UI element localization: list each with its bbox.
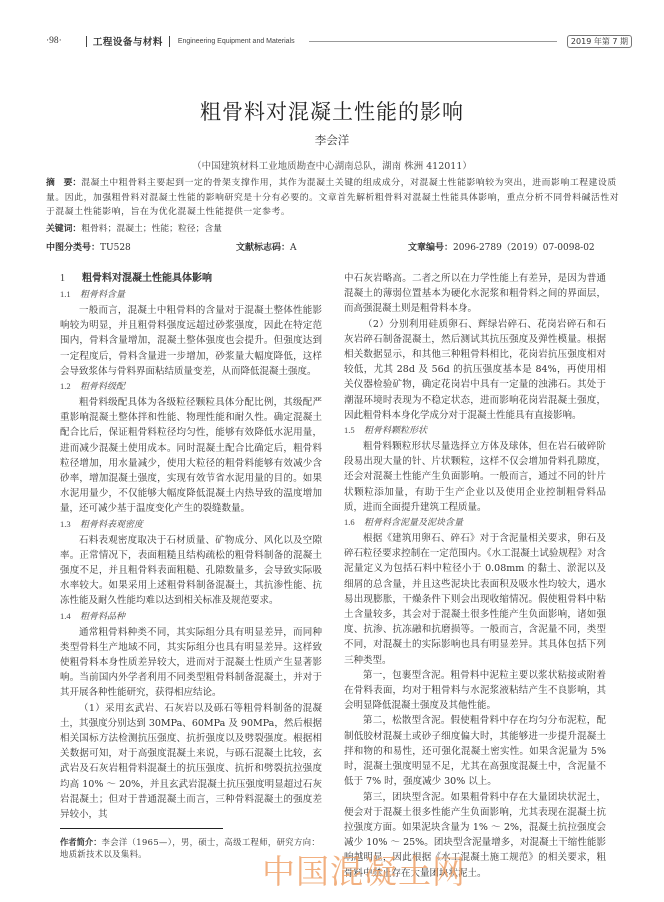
article-title: 粗骨料对混凝土性能的影响 xyxy=(0,96,664,126)
right-column: 中石灰岩略高。二者之所以在力学性能上有差异，是因为普通混凝土的薄弱位置基本为硬化… xyxy=(344,271,606,881)
subsection-heading-1-2: 1.2粗骨料级配 xyxy=(60,379,322,395)
left-column: 1粗骨料对混凝土性能具体影响 1.1粗骨料含量 一般而言，混凝土中粗骨料的含量对… xyxy=(60,271,322,822)
abstract: 摘 要：混凝土中粗骨料主要起到一定的骨架支撑作用，其作为混凝土关键的组成成分，对… xyxy=(46,176,622,220)
journal-name-en: Engineering Equipment and Materials xyxy=(178,38,295,45)
paragraph: 粗骨料颗粒形状尽量选择立方体及球体，但在岩石破碎阶段易出现大量的针、片状颗粒，这… xyxy=(344,439,606,515)
keywords-text: 粗骨料；混凝土；性能；粒径；含量 xyxy=(81,224,222,234)
running-header: ·98· 工程设备与材料 Engineering Equipment and M… xyxy=(46,34,644,48)
author-affiliation: （中国建筑材料工业地质勘查中心湖南总队，湖南 株洲 412011） xyxy=(0,158,664,172)
paragraph: （2）分别利用硅质卵石、辉绿岩碎石、花岗岩碎石和石灰岩碎石制备混凝土，然后测试其… xyxy=(344,317,606,423)
abstract-text: 混凝土中粗骨料主要起到一定的骨架支撑作用，其作为混凝土关键的组成成分，对混凝土性… xyxy=(46,178,619,217)
journal-page: ·98· 工程设备与材料 Engineering Equipment and M… xyxy=(0,0,664,902)
issue-badge: 2019 年第 7 期 xyxy=(567,35,632,48)
paragraph: 一般而言，混凝土中粗骨料的含量对于混凝土整体性能影响较为明显，并且粗骨料强度远超… xyxy=(60,303,322,379)
paragraph: 根据《建筑用卵石、碎石》对于含泥量相关要求，卵石及碎石粒径要求控制在一定范围内。… xyxy=(344,531,606,668)
document-code: 文献标志码：A xyxy=(236,240,297,253)
divider xyxy=(86,36,87,47)
subsection-heading-1-3: 1.3粗骨料表观密度 xyxy=(60,517,322,533)
footnote-label: 作者简介： xyxy=(60,837,102,847)
divider xyxy=(169,36,170,47)
clc-number: 中图分类号：TU528 xyxy=(46,240,131,253)
page-number: ·98· xyxy=(46,36,62,46)
subsection-heading-1-5: 1.5粗骨料颗粒形状 xyxy=(344,423,606,439)
section-heading-1: 1粗骨料对混凝土性能具体影响 xyxy=(60,271,322,287)
paragraph: 第一，包裹型含泥。粗骨料中泥粒主要以浆状粘接或附着在骨料表面，均对于粗骨料与水泥… xyxy=(344,668,606,714)
footnote-rule xyxy=(60,828,223,829)
paragraph: 中石灰岩略高。二者之所以在力学性能上有差异，是因为普通混凝土的薄弱位置基本为硬化… xyxy=(344,271,606,317)
header-rule xyxy=(309,41,557,42)
keywords: 关键词：粗骨料；混凝土；性能；粒径；含量 xyxy=(46,222,622,236)
paragraph: 通常粗骨料种类不同，其实际组分具有明显差异，而同种类型骨料生产地域不同，其实际组… xyxy=(60,625,322,701)
abstract-label: 摘 要： xyxy=(46,178,81,188)
subsection-heading-1-1: 1.1粗骨料含量 xyxy=(60,287,322,303)
journal-name-cn: 工程设备与材料 xyxy=(93,34,163,48)
article-author: 李会洋 xyxy=(0,132,664,148)
subsection-heading-1-4: 1.4粗骨料品种 xyxy=(60,609,322,625)
watermark: 中国混凝土网 xyxy=(262,846,466,893)
paragraph: 第二，松散型含泥。假使粗骨料中存在均匀分布泥粒，配制低胶材混凝土或砂子细度偏大时… xyxy=(344,713,606,789)
paragraph: 石料表观密度取决于石材质量、矿物成分、风化以及空隙率。正常情况下，表面粗糙且结构… xyxy=(60,533,322,609)
paragraph: （1）采用玄武岩、石灰岩以及砾石等粗骨料制备的混凝土，其强度分别达到 30MPa… xyxy=(60,701,322,823)
paragraph: 粗骨料级配具体为各级粒径颗粒具体分配比例，其级配严重影响混凝土整体拌和性能、物理… xyxy=(60,395,322,517)
keywords-label: 关键词： xyxy=(46,224,81,234)
article-number: 文章编号：2096-2789（2019）07-0098-02 xyxy=(408,240,595,253)
subsection-heading-1-6: 1.6粗骨料含泥量及泥块含量 xyxy=(344,515,606,531)
